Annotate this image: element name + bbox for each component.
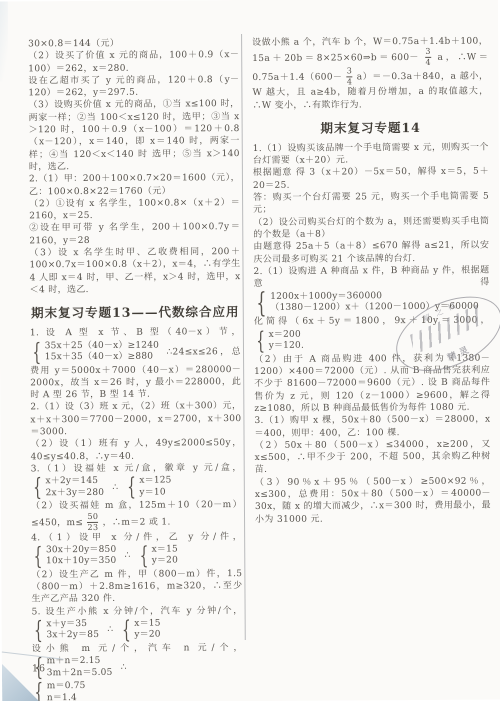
fraction-numerator: 50: [87, 512, 98, 520]
equation-system: { x＝15 y＝20: [137, 544, 178, 567]
equation-line: y＝20: [134, 630, 160, 642]
scan-edge-artifact: [0, 1, 8, 81]
fraction: 3 4: [347, 68, 353, 87]
answer-paragraph: （2）50x＋80（500－x）≤34000，x≥200，又 x≤500，∴甲不…: [255, 438, 491, 476]
equation-system: { 1200x＋1000y＝360000 （1380－1200）x＋（1200－…: [254, 290, 479, 315]
fraction-denominator: 23: [88, 523, 99, 531]
fraction: 3 4: [425, 48, 431, 67]
answer-paragraph: 2.（1）甲：200＋100×0.7×20＝1600（元），乙：100×0.8×…: [29, 172, 240, 198]
answer-paragraph: （2）设公司购买台灯的个数为 a，则还需要购买手电筒的个数是（a＋8）: [253, 215, 489, 241]
answer-text: ，∴m＝2 或 1.: [103, 517, 171, 527]
answer-paragraph: 2.（1）设（3）班 x 元，（2）班（x＋300）元，x＋x＋300＝7700…: [30, 400, 241, 438]
therefore-symbol: ∴: [125, 550, 131, 562]
equation-system: { x＝125 y＝10: [125, 476, 172, 499]
answer-paragraph: 5. 设生产小熊 x 分钟/个，汽车 y 分钟/个， { x＋y＝35 3x＋2…: [32, 605, 243, 644]
equation-line: y＝120.: [269, 341, 304, 353]
answer-paragraph: （3）90％x＋95％（500－x）≥500×92％，x≤300，总费用：50x…: [255, 475, 491, 526]
equation-line: y＝10: [139, 487, 171, 499]
answer-paragraph: 3.（1）购甲 x 棵，50x＋80（500－x）＝28000，x＝400，则甲…: [254, 414, 490, 440]
equation-line: （1380－1200）x＋（1200－1000）y＝60000: [270, 302, 479, 315]
equation-line: 35x＋25（40－x）≥1240: [45, 340, 159, 352]
equation-line: 2x＋3y＝280: [46, 488, 105, 500]
answer-paragraph: 化简得（6x＋5y＝1800，9x＋10y＝3000， { x＝200 y＝12…: [254, 315, 490, 354]
answer-paragraph: 4.（1）设甲 x 分/件，乙 y 分/件， { 30x＋20y＝850 10x…: [31, 531, 242, 570]
equation-line: y＝20: [152, 556, 178, 568]
therefore-symbol: ∴: [112, 481, 118, 493]
answer-paragraph: { m＝0.75 n＝1.4: [32, 679, 243, 701]
brace-glyph: {: [34, 619, 43, 643]
answer-paragraph: 答：购买一个台灯需要 25 元，购买一个手电筒需要 5 元；: [253, 191, 489, 217]
answer-text: 2.（1）设购进 A 种商品 x 件，B 种商品 y 件，根据题意得: [253, 265, 489, 289]
equation-system: { m＝0.75 n＝1.4: [32, 681, 86, 701]
equation-line: m＝0.75: [47, 681, 86, 693]
fraction-denominator: 4: [347, 79, 353, 87]
answer-paragraph: 根据题意 得 3（x＋20）－5x＝50，解得 x＝5，5＋20＝25.: [253, 166, 489, 192]
fraction: 50 23: [87, 512, 98, 531]
answer-paragraph: （2）设买福娃 m 盒，125m＋10（20－m）≤450，m≤ 50 23 ，…: [31, 499, 242, 532]
therefore-symbol: ∴: [121, 661, 127, 673]
equation-line: n＝1.4: [47, 693, 86, 701]
equation-system: { 35x＋25（40－x）≥1240 15x＋35（40－x）≥880: [30, 340, 159, 364]
answer-text: 3.（1）设福娃 x 元/盒，徽章 y 元/盒，: [31, 463, 242, 474]
brace-glyph: {: [33, 476, 42, 500]
brace-glyph: {: [256, 329, 265, 353]
fraction-numerator: 3: [425, 48, 431, 56]
answer-paragraph: 1. 设 A 型 x 节、B 型（40－x）节， { 35x＋25（40－x）≥…: [30, 326, 241, 401]
page-number: 16: [32, 663, 46, 674]
answer-paragraph: 设在乙超市买了 y 元的商品，120＋0.8（y－120）＝262，y＝297.…: [28, 74, 239, 100]
equation-system: { x＋2y＝145 2x＋3y＝280: [31, 476, 104, 499]
therefore-symbol: ∴: [107, 624, 113, 636]
answer-paragraph: 3.（1）设福娃 x 元/盒，徽章 y 元/盒， { x＋2y＝145 2x＋3…: [31, 462, 242, 501]
equation-line: 10x＋10y＝350: [46, 556, 117, 568]
answer-text: 5. 设生产小熊 x 分钟/个，汽车 y 分钟/个，: [32, 606, 243, 617]
section-header-topic13: 期末复习专题13——代数综合应用: [30, 304, 241, 320]
equation-system: { x＝15 y＝20: [120, 619, 161, 642]
right-column: 设做小熊 a 个，汽车 b 个，W＝0.75a＋1.4b＋100，15a＋20b…: [252, 36, 491, 526]
left-column: 30×0.8＝144（元） （2）设买了价值 x 元的商品，100＋0.9（x－…: [28, 37, 243, 701]
brace-glyph: {: [127, 475, 136, 499]
equation-system: { x＋y＝35 3x＋2y＝85: [32, 619, 100, 642]
equation-line: 3x＋2y＝85: [46, 630, 99, 642]
section-header-topic14: 期末复习专题14: [253, 119, 489, 135]
answer-paragraph: （2）设生产乙 m 件，甲（800－m）件，1.5（800－m）＋2.8m≥16…: [31, 568, 242, 606]
brace-glyph: {: [32, 340, 41, 364]
answer-paragraph: （2）由于 A 商品购进 400 件，获利为（1380－1200）×400＝72…: [254, 352, 490, 415]
equation-line: 3m＋2n＝5.05: [47, 668, 113, 680]
answer-paragraph: （2）设（1）班有 y 人，49y≤2000≤50y，40≤y≤40.8，∴y＝…: [31, 437, 242, 463]
answer-text: 1. 设 A 型 x 节、B 型（40－x）节，: [30, 327, 241, 338]
answer-paragraph: （2）设买了价值 x 元的商品，100＋0.9（x－100）＝262，x＝280…: [28, 49, 239, 75]
equation-line: x＝200: [269, 329, 304, 341]
equation-system: { x＝200 y＝120.: [254, 329, 304, 352]
equation-line: x＝15: [134, 619, 160, 631]
answer-paragraph: ②设在甲可带 y 名学生，200＋100×0.7y＝2160，y＝28: [29, 222, 240, 248]
answer-paragraph: 设做小熊 a 个，汽车 b 个，W＝0.75a＋1.4b＋100，15a＋20b…: [252, 36, 488, 112]
equation-line: 15x＋35（40－x）≥880: [45, 352, 159, 364]
answer-text: 化简得（6x＋5y＝1800，9x＋10y＝3000，: [254, 316, 490, 327]
answer-paragraph: 设小熊 m 元/个，汽车 n 元/个， { m＋n＝2.15 3m＋2n＝5.0…: [32, 642, 243, 681]
answer-text: 4.（1）设甲 x 分/件，乙 y 分/件，: [31, 532, 242, 543]
equation-line: x＝125: [139, 476, 171, 488]
equation-line: 30x＋20y＝850: [46, 545, 117, 557]
answer-paragraph: （3）设 x 名学生时甲、乙收费相同，200＋100×0.7x＝100×0.8（…: [29, 246, 240, 296]
answer-paragraph: 1.（1）设购买该品牌一个手电筒需要 x 元，则购买一个台灯需要（x＋20）元.: [253, 141, 489, 167]
answer-paragraph: （3）设购买价值 x 元的商品，①当 x≤100 时，两家一样；②当 100＜x…: [28, 99, 239, 174]
equation-line: x＋y＝35: [46, 619, 99, 631]
scanned-answer-page: 30×0.8＝144（元） （2）设买了价值 x 元的商品，100＋0.9（x－…: [0, 0, 500, 701]
equation-line: x＝15: [152, 544, 178, 556]
brace-glyph: {: [34, 544, 43, 568]
brace-glyph: {: [139, 544, 148, 568]
fraction-numerator: 3: [347, 68, 353, 76]
fraction-denominator: 4: [425, 59, 431, 67]
brace-glyph: {: [122, 618, 131, 642]
equation-line: x＋2y＝145: [45, 476, 104, 488]
equation-system: { 30x＋20y＝850 10x＋10y＝350: [31, 545, 116, 569]
brace-glyph: {: [256, 290, 266, 318]
answer-paragraph: 2.（1）设购进 A 种商品 x 件，B 种商品 y 件，根据题意得 { 120…: [253, 264, 489, 316]
answer-paragraph: 由题意得 25a＋5（a＋8）≤670 解得 a≤21，所以安庆公司最多可购买 …: [253, 240, 489, 266]
answer-paragraph: （2）①设有 x 名学生，100×0.8×（x＋2）＝2160，x＝25.: [29, 197, 240, 223]
answer-text: 设小熊 m 元/个，汽车 n 元/个，: [32, 643, 243, 654]
